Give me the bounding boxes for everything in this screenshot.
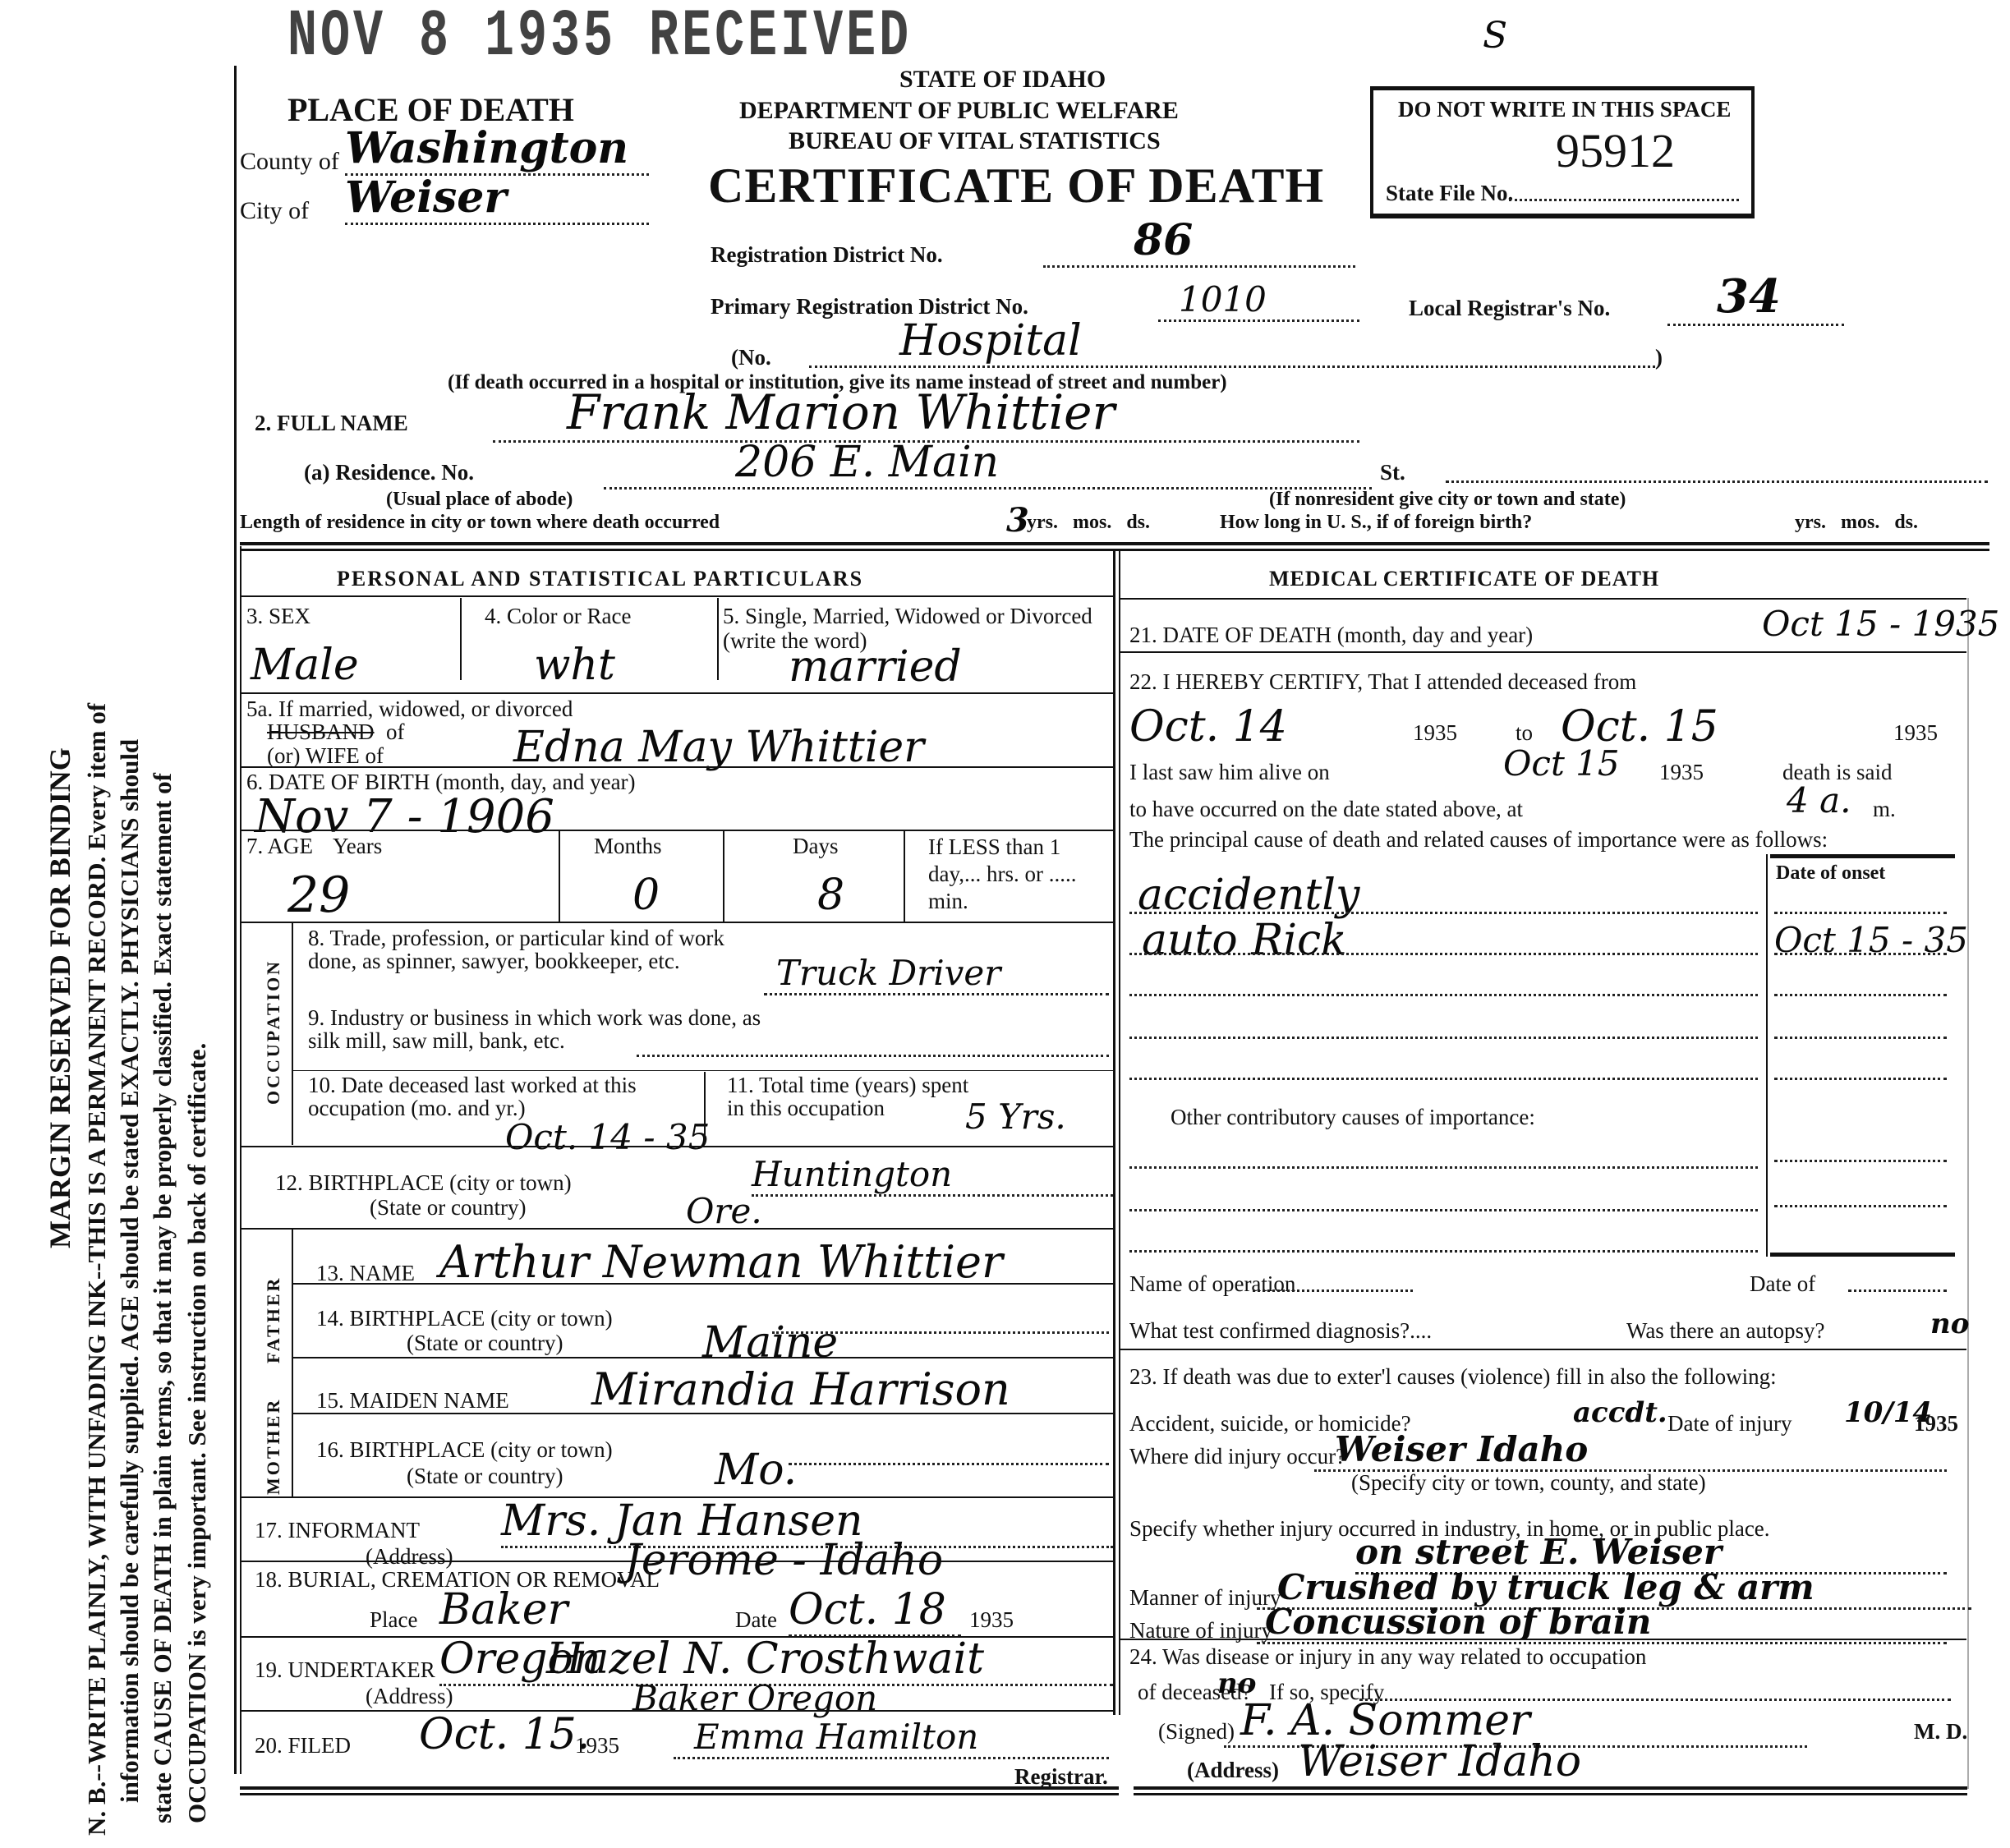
- operation-date-field[interactable]: [1848, 1289, 1947, 1292]
- city-field[interactable]: Weiser: [345, 172, 649, 225]
- mother-maiden-field[interactable]: Mirandia Harrison: [591, 1363, 1010, 1415]
- no-close-paren: ): [1655, 345, 1663, 370]
- last-saw-label: I last saw him alive on: [1129, 760, 1330, 785]
- usual-abode-note: (Usual place of abode): [386, 489, 573, 511]
- header-divider: [240, 542, 1989, 545]
- contributory-label: Other contributory causes of importance:: [1171, 1105, 1535, 1130]
- certificate-title: CERTIFICATE OF DEATH: [708, 158, 1324, 214]
- state-file-label: State File No.: [1386, 181, 1513, 206]
- onset-bottom-rule: [1770, 1253, 1955, 1257]
- bottom-rule-right-2: [1134, 1793, 1967, 1795]
- attended-from-year: 1935: [1413, 720, 1457, 746]
- filed-label: 20. FILED: [255, 1733, 351, 1758]
- race-field[interactable]: wht: [534, 641, 615, 690]
- father-vertical-label: FATHER: [263, 1276, 284, 1363]
- date-of-death-field[interactable]: Oct 15 - 1935: [1762, 604, 1999, 644]
- undertaker-address-label: (Address): [366, 1684, 453, 1709]
- date-of-onset-label: Date of onset: [1776, 862, 1885, 885]
- cause-dots-5: [1129, 1078, 1758, 1080]
- hospital-field[interactable]: Hospital: [809, 316, 1655, 368]
- bureau-title: BUREAU OF VITAL STATISTICS: [789, 127, 1161, 155]
- informant-address-label: (Address): [366, 1544, 453, 1570]
- burial-date-label: Date: [735, 1607, 777, 1633]
- frame-left-inner: [240, 546, 241, 1774]
- state-file-box-title: DO NOT WRITE IN THIS SPACE: [1398, 97, 1731, 122]
- informant-label: 17. INFORMANT: [255, 1518, 420, 1543]
- foreign-birth-label: How long in U. S., if of foreign birth?: [1220, 512, 1532, 534]
- last-worked-label: 10. Date deceased last worked at this oc…: [308, 1073, 694, 1119]
- parents-block-divider: [292, 1230, 293, 1496]
- undertaker-address-field[interactable]: Baker Oregon: [632, 1678, 877, 1718]
- city-label: City of: [240, 197, 309, 225]
- operation-label: Name of operation: [1129, 1271, 1295, 1297]
- frame-left: [234, 66, 237, 1774]
- spouse-field[interactable]: Edna May Whittier: [513, 723, 924, 772]
- contributory-onset-dots-1: [1774, 1160, 1947, 1162]
- industry-label: 9. Industry or business in which work wa…: [308, 1006, 776, 1052]
- birthplace-label: 12. BIRTHPLACE (city or town): [275, 1170, 572, 1196]
- state-title: STATE OF IDAHO: [899, 66, 1106, 94]
- nature-rule: [1120, 1639, 1966, 1640]
- mother-birthplace-field[interactable]: Mo.: [715, 1446, 797, 1495]
- residence-st-label: St.: [1380, 460, 1405, 485]
- occupation-vertical-label: OCCUPATION: [263, 959, 284, 1105]
- cause-dots-4: [1129, 1037, 1758, 1039]
- onset-dots-4: [1774, 1037, 1947, 1039]
- registration-district-field[interactable]: 86: [1043, 215, 1355, 268]
- race-marital-divider: [717, 598, 719, 680]
- department-title: DEPARTMENT OF PUBLIC WELFARE: [739, 97, 1179, 125]
- occurred-time-field[interactable]: 4 a.: [1787, 780, 1851, 821]
- industry-field[interactable]: [637, 1054, 1109, 1057]
- father-birthplace-label: 14. BIRTHPLACE (city or town): [316, 1306, 613, 1331]
- father-birthplace-state-label: (State or country): [407, 1331, 563, 1356]
- length-residence-label: Length of residence in city or town wher…: [240, 512, 720, 534]
- autopsy-label: Was there an autopsy?: [1626, 1318, 1824, 1344]
- undertaker-label: 19. UNDERTAKER: [255, 1657, 435, 1683]
- operation-date-label: Date of: [1750, 1271, 1815, 1297]
- margin-line-3: state CAUSE OF DEATH in plain terms, so …: [148, 773, 177, 1823]
- onset-divider: [1766, 854, 1768, 1257]
- occurred-label: to have occurred on the date stated abov…: [1129, 797, 1523, 822]
- certify-label: 22. I HEREBY CERTIFY, That I attended de…: [1129, 669, 1636, 695]
- contributory-onset-dots-2: [1774, 1205, 1947, 1207]
- age-div-2: [723, 831, 724, 922]
- mother-birthplace-city-field[interactable]: [789, 1462, 1109, 1465]
- bottom-rule-right: [1134, 1786, 1967, 1790]
- age-years-field[interactable]: 29: [287, 867, 350, 924]
- age-less-label: If LESS than 1 day,... hrs. or ..... min…: [928, 834, 1113, 915]
- total-time-field[interactable]: 5 Yrs.: [965, 1096, 1066, 1137]
- burial-date-field[interactable]: Oct. 18: [789, 1585, 961, 1637]
- age-div-1: [559, 831, 560, 922]
- age-days-label: Days: [793, 834, 839, 859]
- registrar-field[interactable]: Emma Hamilton: [674, 1717, 1109, 1759]
- sex-field[interactable]: Male: [251, 641, 359, 690]
- margin-title: MARGIN RESERVED FOR BINDING: [43, 747, 77, 1248]
- spouse-5a-label: 5a. If married, widowed, or divorced: [246, 696, 573, 722]
- state-file-dots: [1509, 199, 1739, 201]
- full-name-field[interactable]: Frank Marion Whittier: [493, 384, 1359, 443]
- spouse-wife-label: (or) WIFE of: [267, 743, 384, 769]
- onset-dots-2: [1774, 953, 1947, 955]
- filed-year: 1935: [575, 1733, 619, 1758]
- row-rule-11: [240, 1710, 1113, 1712]
- autopsy-rule: [1120, 1349, 1966, 1350]
- nonresident-note: (If nonresident give city or town and st…: [1269, 489, 1626, 511]
- mother-rule: [293, 1413, 1113, 1414]
- occupation-col-divider: [704, 1072, 706, 1144]
- external-causes-label: 23. If death was due to exter'l causes (…: [1129, 1363, 1967, 1391]
- residence-label: (a) Residence. No.: [304, 460, 474, 485]
- father-name-field[interactable]: Arthur Newman Whittier: [439, 1236, 1003, 1288]
- row-rule-3: [240, 830, 1113, 831]
- sex-label: 3. SEX: [246, 604, 310, 629]
- column-divider-2: [1119, 549, 1120, 1715]
- age-years-label: Years: [333, 834, 382, 859]
- row-rule-7: [293, 1357, 1113, 1358]
- no-label: (No.: [731, 345, 771, 370]
- row-rule-6: [240, 1228, 1113, 1230]
- occupation-inner-rule: [293, 1070, 1113, 1071]
- age-months-field[interactable]: 0: [632, 871, 660, 920]
- cause-label: The principal cause of death and related…: [1129, 825, 1951, 853]
- full-name-label: 2. FULL NAME: [255, 411, 408, 436]
- corner-mark: S: [1483, 15, 1507, 57]
- onset-dots-5: [1774, 1078, 1947, 1080]
- residence-field[interactable]: 206 E. Main: [604, 438, 1372, 490]
- autopsy-field[interactable]: no: [1930, 1308, 1969, 1340]
- age-days-field[interactable]: 8: [817, 871, 844, 920]
- last-worked-field[interactable]: Oct. 14 - 35: [505, 1117, 710, 1157]
- of-deceased-field[interactable]: no: [1217, 1667, 1256, 1700]
- filed-field[interactable]: Oct. 15.: [419, 1710, 590, 1759]
- contributory-dots-1[interactable]: [1129, 1166, 1758, 1169]
- date-of-death-label: 21. DATE OF DEATH (month, day and year): [1129, 623, 1533, 648]
- column-divider: [1113, 549, 1115, 1715]
- last-saw-year: 1935: [1659, 760, 1704, 785]
- age-label: 7. AGE: [246, 834, 313, 859]
- personal-section-title: PERSONAL AND STATISTICAL PARTICULARS: [337, 567, 863, 591]
- cause-dots-1: [1129, 912, 1758, 914]
- cause-dots-2: [1129, 953, 1758, 955]
- death-date-rule: [1120, 651, 1966, 653]
- where-field[interactable]: Weiser Idaho: [1314, 1429, 1947, 1472]
- medical-section-title: MEDICAL CERTIFICATE OF DEATH: [1269, 567, 1659, 591]
- county-label: County of: [240, 148, 339, 176]
- birthplace-state-field[interactable]: Ore.: [686, 1191, 762, 1231]
- spouse-husband-struck: HUSBAND: [267, 719, 375, 745]
- sex-race-divider: [460, 598, 462, 680]
- last-saw-field[interactable]: Oct 15: [1503, 743, 1620, 784]
- spouse-of: of: [386, 719, 405, 745]
- foreign-birth-units: yrs. mos. ds.: [1795, 512, 1918, 534]
- county-field[interactable]: Washington: [345, 123, 649, 176]
- row-rule-4: [240, 922, 1113, 923]
- length-residence-value[interactable]: 3: [1006, 501, 1029, 540]
- local-registrar-field[interactable]: 34: [1667, 269, 1844, 326]
- bottom-rule-left-2: [240, 1793, 1119, 1795]
- cause-line-2-field[interactable]: auto Rick: [1142, 916, 1347, 965]
- where-note: (Specify city or town, county, and state…: [1351, 1470, 1706, 1496]
- row-rule-9: [240, 1561, 1113, 1562]
- occurred-suffix: m.: [1873, 797, 1896, 822]
- burial-year: 1935: [969, 1607, 1014, 1633]
- trade-label: 8. Trade, profession, or particular kind…: [308, 926, 776, 972]
- burial-place-label: Place: [370, 1607, 417, 1633]
- where-label: Where did injury occur?: [1129, 1444, 1345, 1469]
- attended-to-year: 1935: [1893, 720, 1938, 746]
- age-div-3: [904, 831, 905, 922]
- age-months-label: Months: [594, 834, 662, 859]
- cause-dots-3: [1129, 994, 1758, 996]
- medical-title-rule: [1120, 598, 1966, 600]
- mother-birthplace-label: 16. BIRTHPLACE (city or town): [316, 1437, 613, 1463]
- occupation-block-divider: [292, 923, 293, 1145]
- registration-district-label: Registration District No.: [711, 242, 943, 268]
- personal-title-rule: [240, 595, 1113, 597]
- address-field[interactable]: Weiser Idaho: [1261, 1737, 1947, 1789]
- onset-dots-1: [1774, 912, 1947, 914]
- row-rule-1: [240, 692, 1113, 694]
- contributory-dots-3[interactable]: [1129, 1250, 1758, 1253]
- mother-maiden-label: 15. MAIDEN NAME: [316, 1388, 509, 1414]
- attended-from-field[interactable]: Oct. 14: [1129, 702, 1287, 752]
- margin-line-1: N. B.--WRITE PLAINLY, WITH UNFADING INK-…: [82, 703, 112, 1836]
- marital-field[interactable]: married: [789, 642, 962, 692]
- trade-field[interactable]: Truck Driver: [764, 953, 1109, 995]
- row-rule-5: [240, 1146, 1113, 1147]
- test-label: What test confirmed diagnosis?....: [1129, 1318, 1432, 1344]
- father-birthplace-field[interactable]: Maine: [702, 1318, 838, 1368]
- operation-field[interactable]: [1253, 1289, 1413, 1292]
- received-stamp: NOV 8 1935 RECEIVED: [287, 0, 912, 76]
- frame-right: [1967, 598, 1969, 1789]
- row-rule-2: [240, 766, 1113, 768]
- race-label: 4. Color or Race: [485, 604, 631, 629]
- contributory-dots-2[interactable]: [1129, 1209, 1758, 1211]
- occupation-related-label: 24. Was disease or injury in any way rel…: [1129, 1644, 1646, 1670]
- bottom-rule-left: [240, 1786, 1119, 1790]
- total-time-label: 11. Total time (years) spent in this occ…: [727, 1073, 973, 1119]
- onset-top-rule: [1770, 854, 1955, 858]
- length-residence-units: yrs. mos. ds.: [1027, 512, 1150, 534]
- onset-dots-3: [1774, 994, 1947, 996]
- mother-birthplace-state-label: (State or country): [407, 1464, 563, 1489]
- state-file-box: DO NOT WRITE IN THIS SPACE 95912 State F…: [1370, 86, 1755, 218]
- birthplace-state-label: (State or country): [370, 1195, 526, 1221]
- mother-vertical-label: MOTHER: [263, 1398, 284, 1495]
- margin-line-2: information should be carefully supplied…: [115, 739, 145, 1803]
- to-label: to: [1516, 720, 1533, 746]
- accident-field[interactable]: accdt.: [1573, 1396, 1667, 1429]
- father-rule: [293, 1283, 1113, 1285]
- state-file-number: 95912: [1556, 123, 1675, 178]
- birthplace-city-field[interactable]: Huntington: [752, 1154, 1113, 1197]
- nonresident-field[interactable]: [1446, 480, 1988, 483]
- margin-line-4: OCCUPATION is very important. See instru…: [182, 1043, 212, 1823]
